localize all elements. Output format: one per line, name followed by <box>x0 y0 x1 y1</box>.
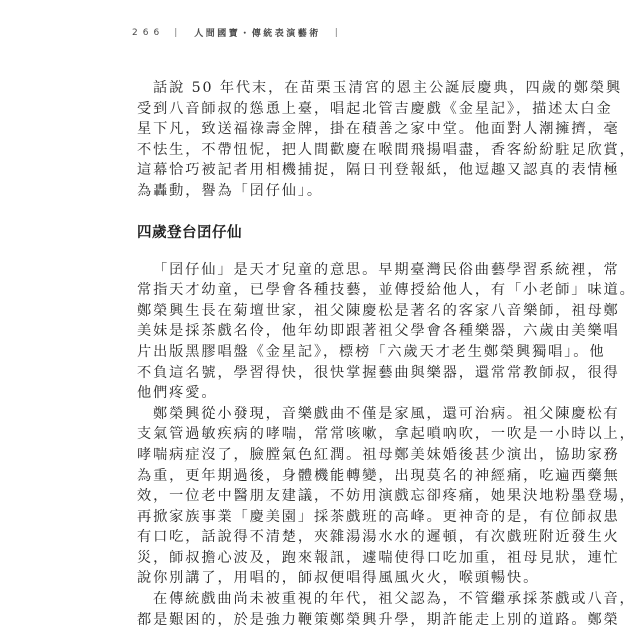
text-line: 他們疼愛。 <box>137 383 467 404</box>
text-line: 哮喘病症沒了，臉膛氣色紅潤。祖母鄭美妹婚後甚少演出，協助家務 <box>137 445 467 466</box>
text-line: 不負這名號，學習得快，很快掌握藝曲與樂器，還常常教師叔，很得 <box>137 363 467 384</box>
paragraph-3: 鄭榮興從小發現，音樂戲曲不僅是家風，還可治病。祖父陳慶松有 支氣管過敏疾病的哮喘… <box>137 404 467 589</box>
page-number: 266 <box>132 28 164 38</box>
text-line: 災，師叔擔心波及，跑來報訊，遽喘使得口吃加重，祖母見狀，連忙 <box>137 548 467 569</box>
text-line: 都是艱困的，於是強力鞭策鄭榮興升學，期許能走上別的道路。鄭榮 <box>137 610 467 631</box>
text-line: 「囝仔仙」是天才兒童的意思。早期臺灣民俗曲藝學習系統裡，常 <box>137 260 467 281</box>
running-header: 266 | 人間國寶・傳統表演藝術 | <box>132 26 341 39</box>
text-line: 鄭榮興生長在菊壇世家，祖父陳慶松是著名的客家八音樂師，祖母鄭 <box>137 301 467 322</box>
paragraph-2: 「囝仔仙」是天才兒童的意思。早期臺灣民俗曲藝學習系統裡，常 常指天才幼童，已學會… <box>137 260 467 404</box>
text-line: 話說 50 年代末，在苗栗玉清宮的恩主公誕辰慶典，四歲的鄭榮興 <box>137 78 467 99</box>
body-text: 話說 50 年代末，在苗栗玉清宮的恩主公誕辰慶典，四歲的鄭榮興 受到八音師叔的慫… <box>137 78 467 630</box>
text-line: 星下凡，致送福祿壽金牌，掛在積善之家中堂。他面對人潮擁擠，毫 <box>137 119 467 140</box>
header-separator-trailing: | <box>335 28 341 38</box>
text-line: 為轟動，譽為「囝仔仙」。 <box>137 181 467 202</box>
text-line: 為重，更年期過後，身體機能轉變，出現莫名的神經痛，吃遍西藥無 <box>137 466 467 487</box>
section-heading: 四歲登台囝仔仙 <box>137 223 467 243</box>
text-line: 受到八音師叔的慫恿上臺，唱起北管吉慶戲《金星記》，描述太白金 <box>137 99 467 120</box>
book-page: 266 | 人間國寶・傳統表演藝術 | 話說 50 年代末，在苗栗玉清宮的恩主公… <box>0 0 640 640</box>
text-line: 再掀家族事業「慶美園」採茶戲班的高峰。更神奇的是，有位師叔患 <box>137 507 467 528</box>
text-line: 常指天才幼童，已學會各種技藝，並傳授給他人，有「小老師」味道。 <box>137 280 467 301</box>
text-line: 說你別講了，用唱的，師叔便唱得風風火火，喉頭暢快。 <box>137 568 467 589</box>
text-line: 不怯生，不帶忸怩，把人間歡慶在喉間飛揚唱盡，香客紛紛駐足欣賞， <box>137 140 467 161</box>
text-line: 這幕恰巧被記者用相機捕捉，隔日刊登報紙，他逗趣又認真的表情極 <box>137 160 467 181</box>
text-line: 鄭榮興從小發現，音樂戲曲不僅是家風，還可治病。祖父陳慶松有 <box>137 404 467 425</box>
text-line: 有口吃，話說得不清楚，夾雜湯湯水水的遲頓，有次戲班附近發生火 <box>137 527 467 548</box>
text-line: 美妹是採茶戲名伶，他年幼即跟著祖父學會各種樂器，六歲由美樂唱 <box>137 321 467 342</box>
text-line: 在傳統戲曲尚未被重視的年代，祖父認為，不管繼承採茶戲或八音， <box>137 589 467 610</box>
book-title: 人間國寶・傳統表演藝術 <box>194 26 321 39</box>
text-line: 支氣管過敏疾病的哮喘，常常咳嗽，拿起嗩吶吹，一吹是一小時以上， <box>137 424 467 445</box>
text-line: 效，一位老中醫朋友建議，不妨用演戲忘卻疼痛，她果決地粉墨登場， <box>137 486 467 507</box>
text-line: 片出版黑膠唱盤《金星記》，標榜「六歲天才老生鄭榮興獨唱」。他 <box>137 342 467 363</box>
paragraph-1: 話說 50 年代末，在苗栗玉清宮的恩主公誕辰慶典，四歲的鄭榮興 受到八音師叔的慫… <box>137 78 467 202</box>
header-separator: | <box>174 28 180 38</box>
paragraph-4: 在傳統戲曲尚未被重視的年代，祖父認為，不管繼承採茶戲或八音， 都是艱困的，於是強… <box>137 589 467 630</box>
